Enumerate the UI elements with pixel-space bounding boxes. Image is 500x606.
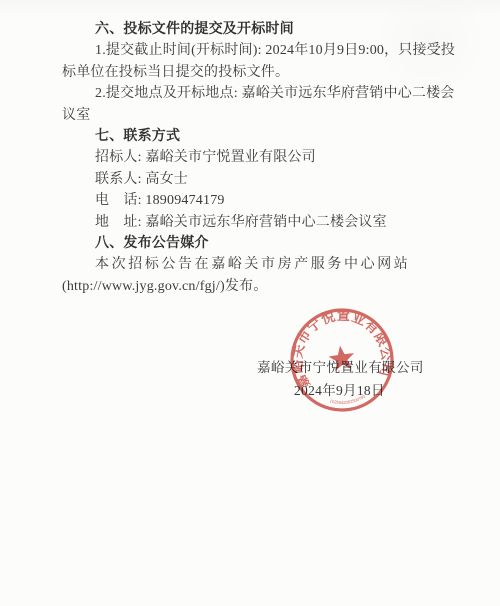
signature-block: 嘉峪关市宁悦置业有限公司 2024年9月18日 xyxy=(0,0,500,606)
company-seal: 嘉峪关市宁悦置业有限公司 1025042002500793 xyxy=(279,297,405,423)
seal-ring-text: 嘉峪关市宁悦置业有限公司 xyxy=(282,300,397,393)
seal-graphic: 嘉峪关市宁悦置业有限公司 1025042002500793 xyxy=(279,297,405,423)
svg-text:嘉峪关市宁悦置业有限公司: 嘉峪关市宁悦置业有限公司 xyxy=(282,300,397,393)
scanned-document-page: 六、投标文件的提交及开标时间 1.提交截止时间(开标时间): 2024年10月9… xyxy=(0,0,500,606)
star-icon xyxy=(327,344,356,372)
